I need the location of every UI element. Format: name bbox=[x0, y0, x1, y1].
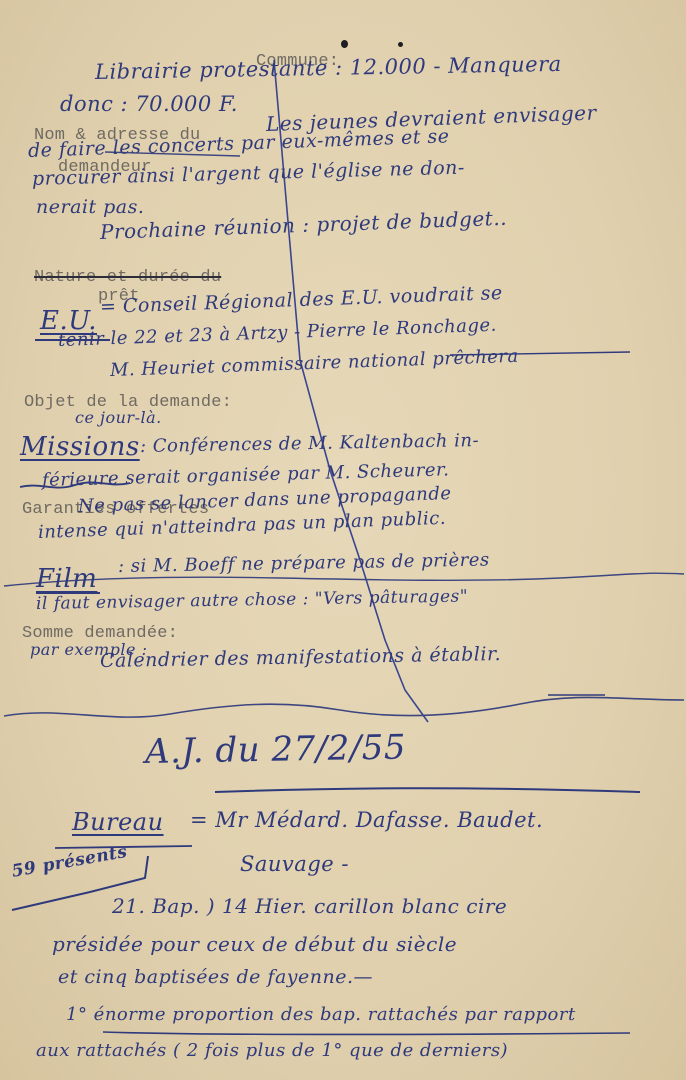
hw-line-presidee: présidée pour ceux de début du siècle bbox=[52, 932, 457, 956]
hw-line-sauvage: Sauvage - bbox=[240, 852, 349, 876]
hw-heading-film: Film bbox=[36, 564, 97, 594]
hw-heading-missions: Missions bbox=[20, 432, 140, 462]
hw-line-nerait: nerait pas. bbox=[36, 196, 144, 218]
hw-line-cinq-baptisees: et cinq baptisées de fayenne.— bbox=[58, 966, 373, 988]
hw-line-baptemes: 21. Bap. ) 14 Hier. carillon blanc cire bbox=[112, 894, 507, 918]
hw-line-donc: donc : 70.000 F. bbox=[60, 92, 238, 116]
hw-line-rattaches: aux rattachés ( 2 fois plus de 1° que de… bbox=[36, 1040, 508, 1061]
hw-line-proportion: 1° énorme proportion des bap. rattachés … bbox=[66, 1004, 576, 1025]
hw-line-bureau-members: = Mr Médard. Dafasse. Baudet. bbox=[190, 808, 543, 832]
hw-heading-bureau: Bureau bbox=[72, 808, 164, 836]
handwritten-document-page: Commune: Nom & adresse du demandeur Natu… bbox=[0, 0, 686, 1080]
hw-line-ce-jour: ce jour-là. bbox=[75, 408, 162, 427]
hw-heading-aj-date: A.J. du 27/2/55 bbox=[145, 727, 407, 772]
